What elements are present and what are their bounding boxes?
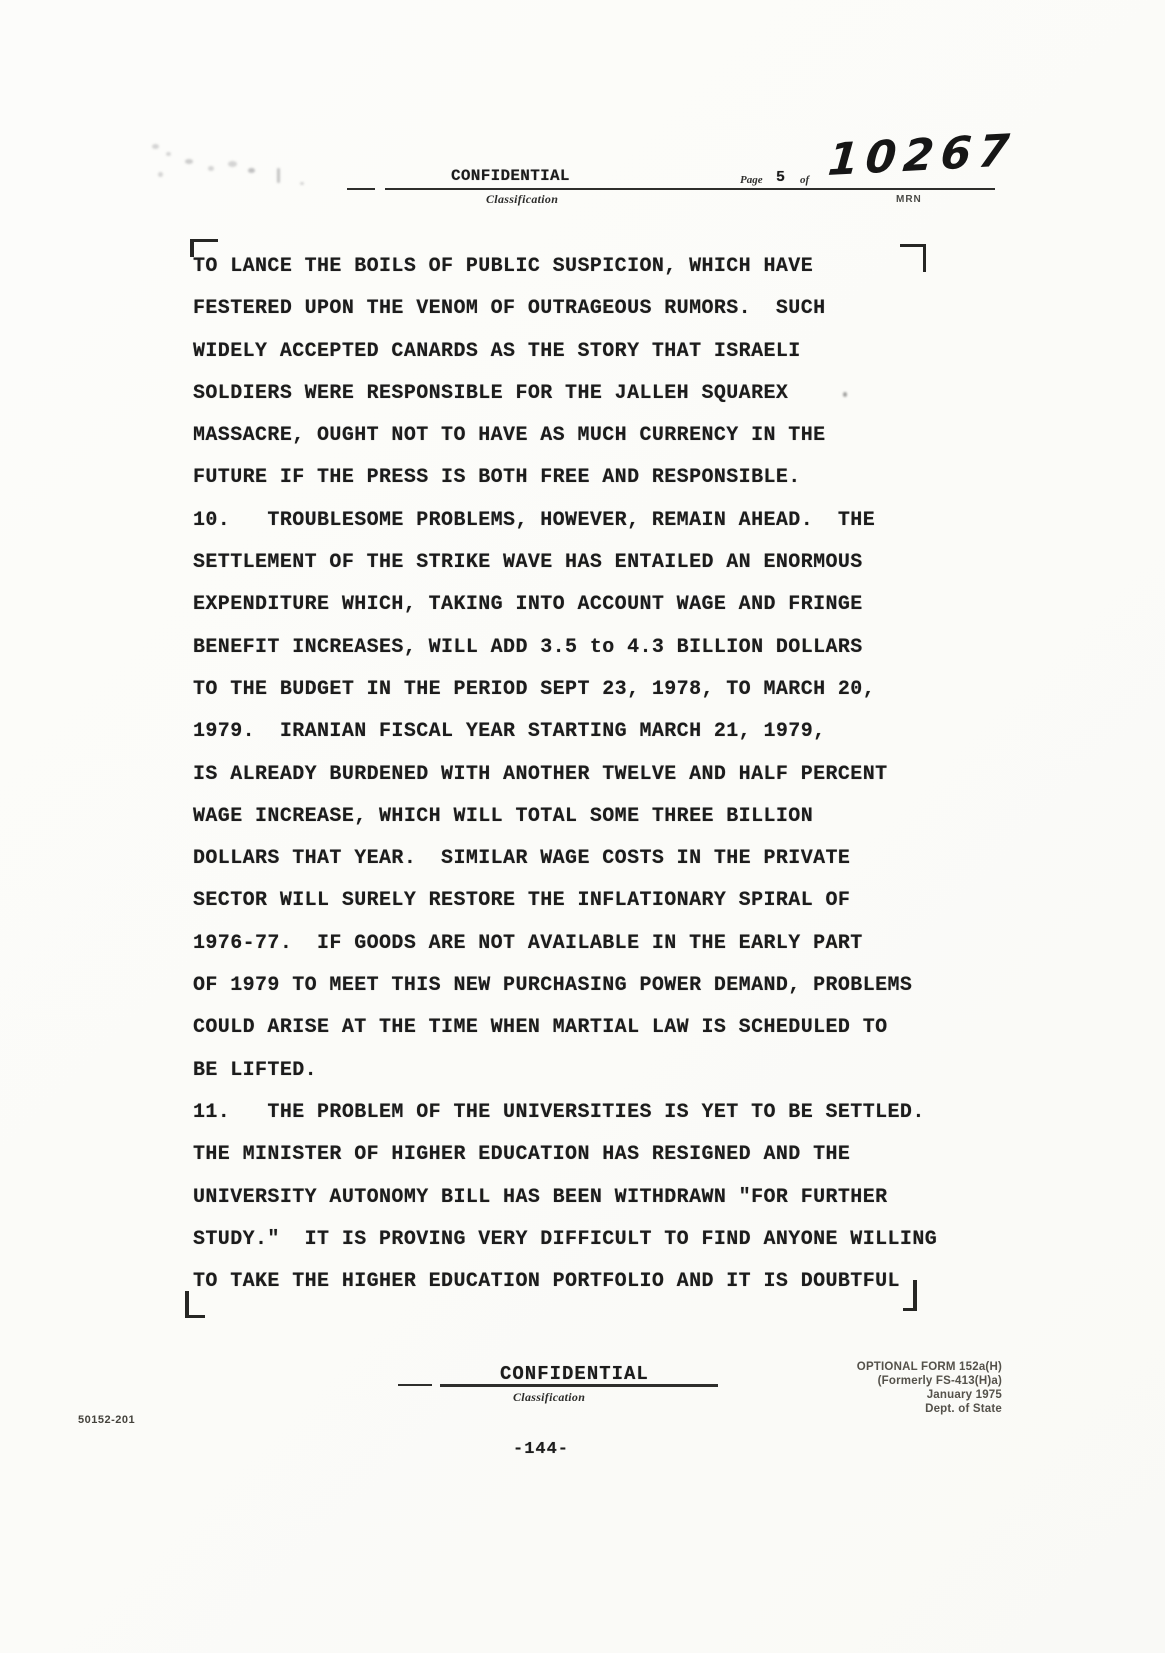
scan-smudge	[152, 144, 159, 149]
document-line: OF 1979 TO MEET THIS NEW PURCHASING POWE…	[193, 965, 937, 1007]
document-line: DOLLARS THAT YEAR. SIMILAR WAGE COSTS IN…	[193, 838, 937, 880]
footer-rule-dash	[398, 1384, 432, 1386]
form-identification-block: OPTIONAL FORM 152a(H)(Formerly FS-413(H)…	[857, 1360, 1002, 1416]
document-line: COULD ARISE AT THE TIME WHEN MARTIAL LAW…	[193, 1007, 937, 1049]
footer-classification-label: Classification	[513, 1390, 585, 1405]
document-line: SETTLEMENT OF THE STRIKE WAVE HAS ENTAIL…	[193, 542, 937, 584]
scan-smudge	[158, 172, 163, 177]
scan-smudge	[185, 159, 193, 164]
document-line: UNIVERSITY AUTONOMY BILL HAS BEEN WITHDR…	[193, 1177, 937, 1219]
document-line: TO TAKE THE HIGHER EDUCATION PORTFOLIO A…	[193, 1261, 937, 1303]
print-code: 50152-201	[78, 1414, 135, 1426]
document-line: SOLDIERS WERE RESPONSIBLE FOR THE JALLEH…	[193, 373, 937, 415]
scanned-document-page: CONFIDENTIAL Classification Page 5 of 10…	[0, 0, 1165, 1653]
footer-classification-stamp: CONFIDENTIAL	[500, 1363, 649, 1385]
form-info-line: January 1975	[857, 1388, 1002, 1402]
page-number: 5	[776, 169, 785, 186]
document-line: WIDELY ACCEPTED CANARDS AS THE STORY THA…	[193, 331, 937, 373]
document-line: THE MINISTER OF HIGHER EDUCATION HAS RES…	[193, 1134, 937, 1176]
scan-smudge	[166, 152, 171, 156]
form-info-line: (Formerly FS-413(H)a)	[857, 1374, 1002, 1388]
header-classification-stamp: CONFIDENTIAL	[451, 167, 570, 185]
handwritten-mrn-number: 10267	[826, 125, 1018, 186]
document-line: FUTURE IF THE PRESS IS BOTH FREE AND RES…	[193, 457, 937, 499]
form-info-line: Dept. of State	[857, 1402, 1002, 1416]
document-line: 1979. IRANIAN FISCAL YEAR STARTING MARCH…	[193, 711, 937, 753]
document-line: STUDY." IT IS PROVING VERY DIFFICULT TO …	[193, 1219, 937, 1261]
header-rule	[385, 188, 995, 190]
form-info-line: OPTIONAL FORM 152a(H)	[857, 1360, 1002, 1374]
header-rule-dash	[347, 188, 375, 190]
document-body: TO LANCE THE BOILS OF PUBLIC SUSPICION, …	[193, 246, 937, 1303]
scan-smudge	[300, 182, 304, 185]
document-line: BENEFIT INCREASES, WILL ADD 3.5 to 4.3 B…	[193, 627, 937, 669]
header-classification-label: Classification	[486, 192, 558, 207]
document-line: EXPENDITURE WHICH, TAKING INTO ACCOUNT W…	[193, 584, 937, 626]
document-line: MASSACRE, OUGHT NOT TO HAVE AS MUCH CURR…	[193, 415, 937, 457]
document-line: 11. THE PROBLEM OF THE UNIVERSITIES IS Y…	[193, 1092, 937, 1134]
scan-smudge	[248, 168, 255, 173]
page-label: Page	[740, 174, 763, 186]
scan-smudge	[208, 166, 214, 171]
footer-page-number: -144-	[513, 1440, 569, 1459]
document-line: FESTERED UPON THE VENOM OF OUTRAGEOUS RU…	[193, 288, 937, 330]
document-line: SECTOR WILL SURELY RESTORE THE INFLATION…	[193, 880, 937, 922]
document-line: 10. TROUBLESOME PROBLEMS, HOWEVER, REMAI…	[193, 500, 937, 542]
scan-smudge	[277, 168, 280, 183]
scan-smudge	[228, 161, 237, 167]
document-line: BE LIFTED.	[193, 1050, 937, 1092]
document-line: WAGE INCREASE, WHICH WILL TOTAL SOME THR…	[193, 796, 937, 838]
document-line: TO THE BUDGET IN THE PERIOD SEPT 23, 197…	[193, 669, 937, 711]
document-line: IS ALREADY BURDENED WITH ANOTHER TWELVE …	[193, 754, 937, 796]
mrn-label: MRN	[896, 194, 922, 205]
document-line: 1976-77. IF GOODS ARE NOT AVAILABLE IN T…	[193, 923, 937, 965]
footer-rule-tail	[660, 1385, 718, 1387]
of-label: of	[800, 174, 809, 186]
document-line: TO LANCE THE BOILS OF PUBLIC SUSPICION, …	[193, 246, 937, 288]
